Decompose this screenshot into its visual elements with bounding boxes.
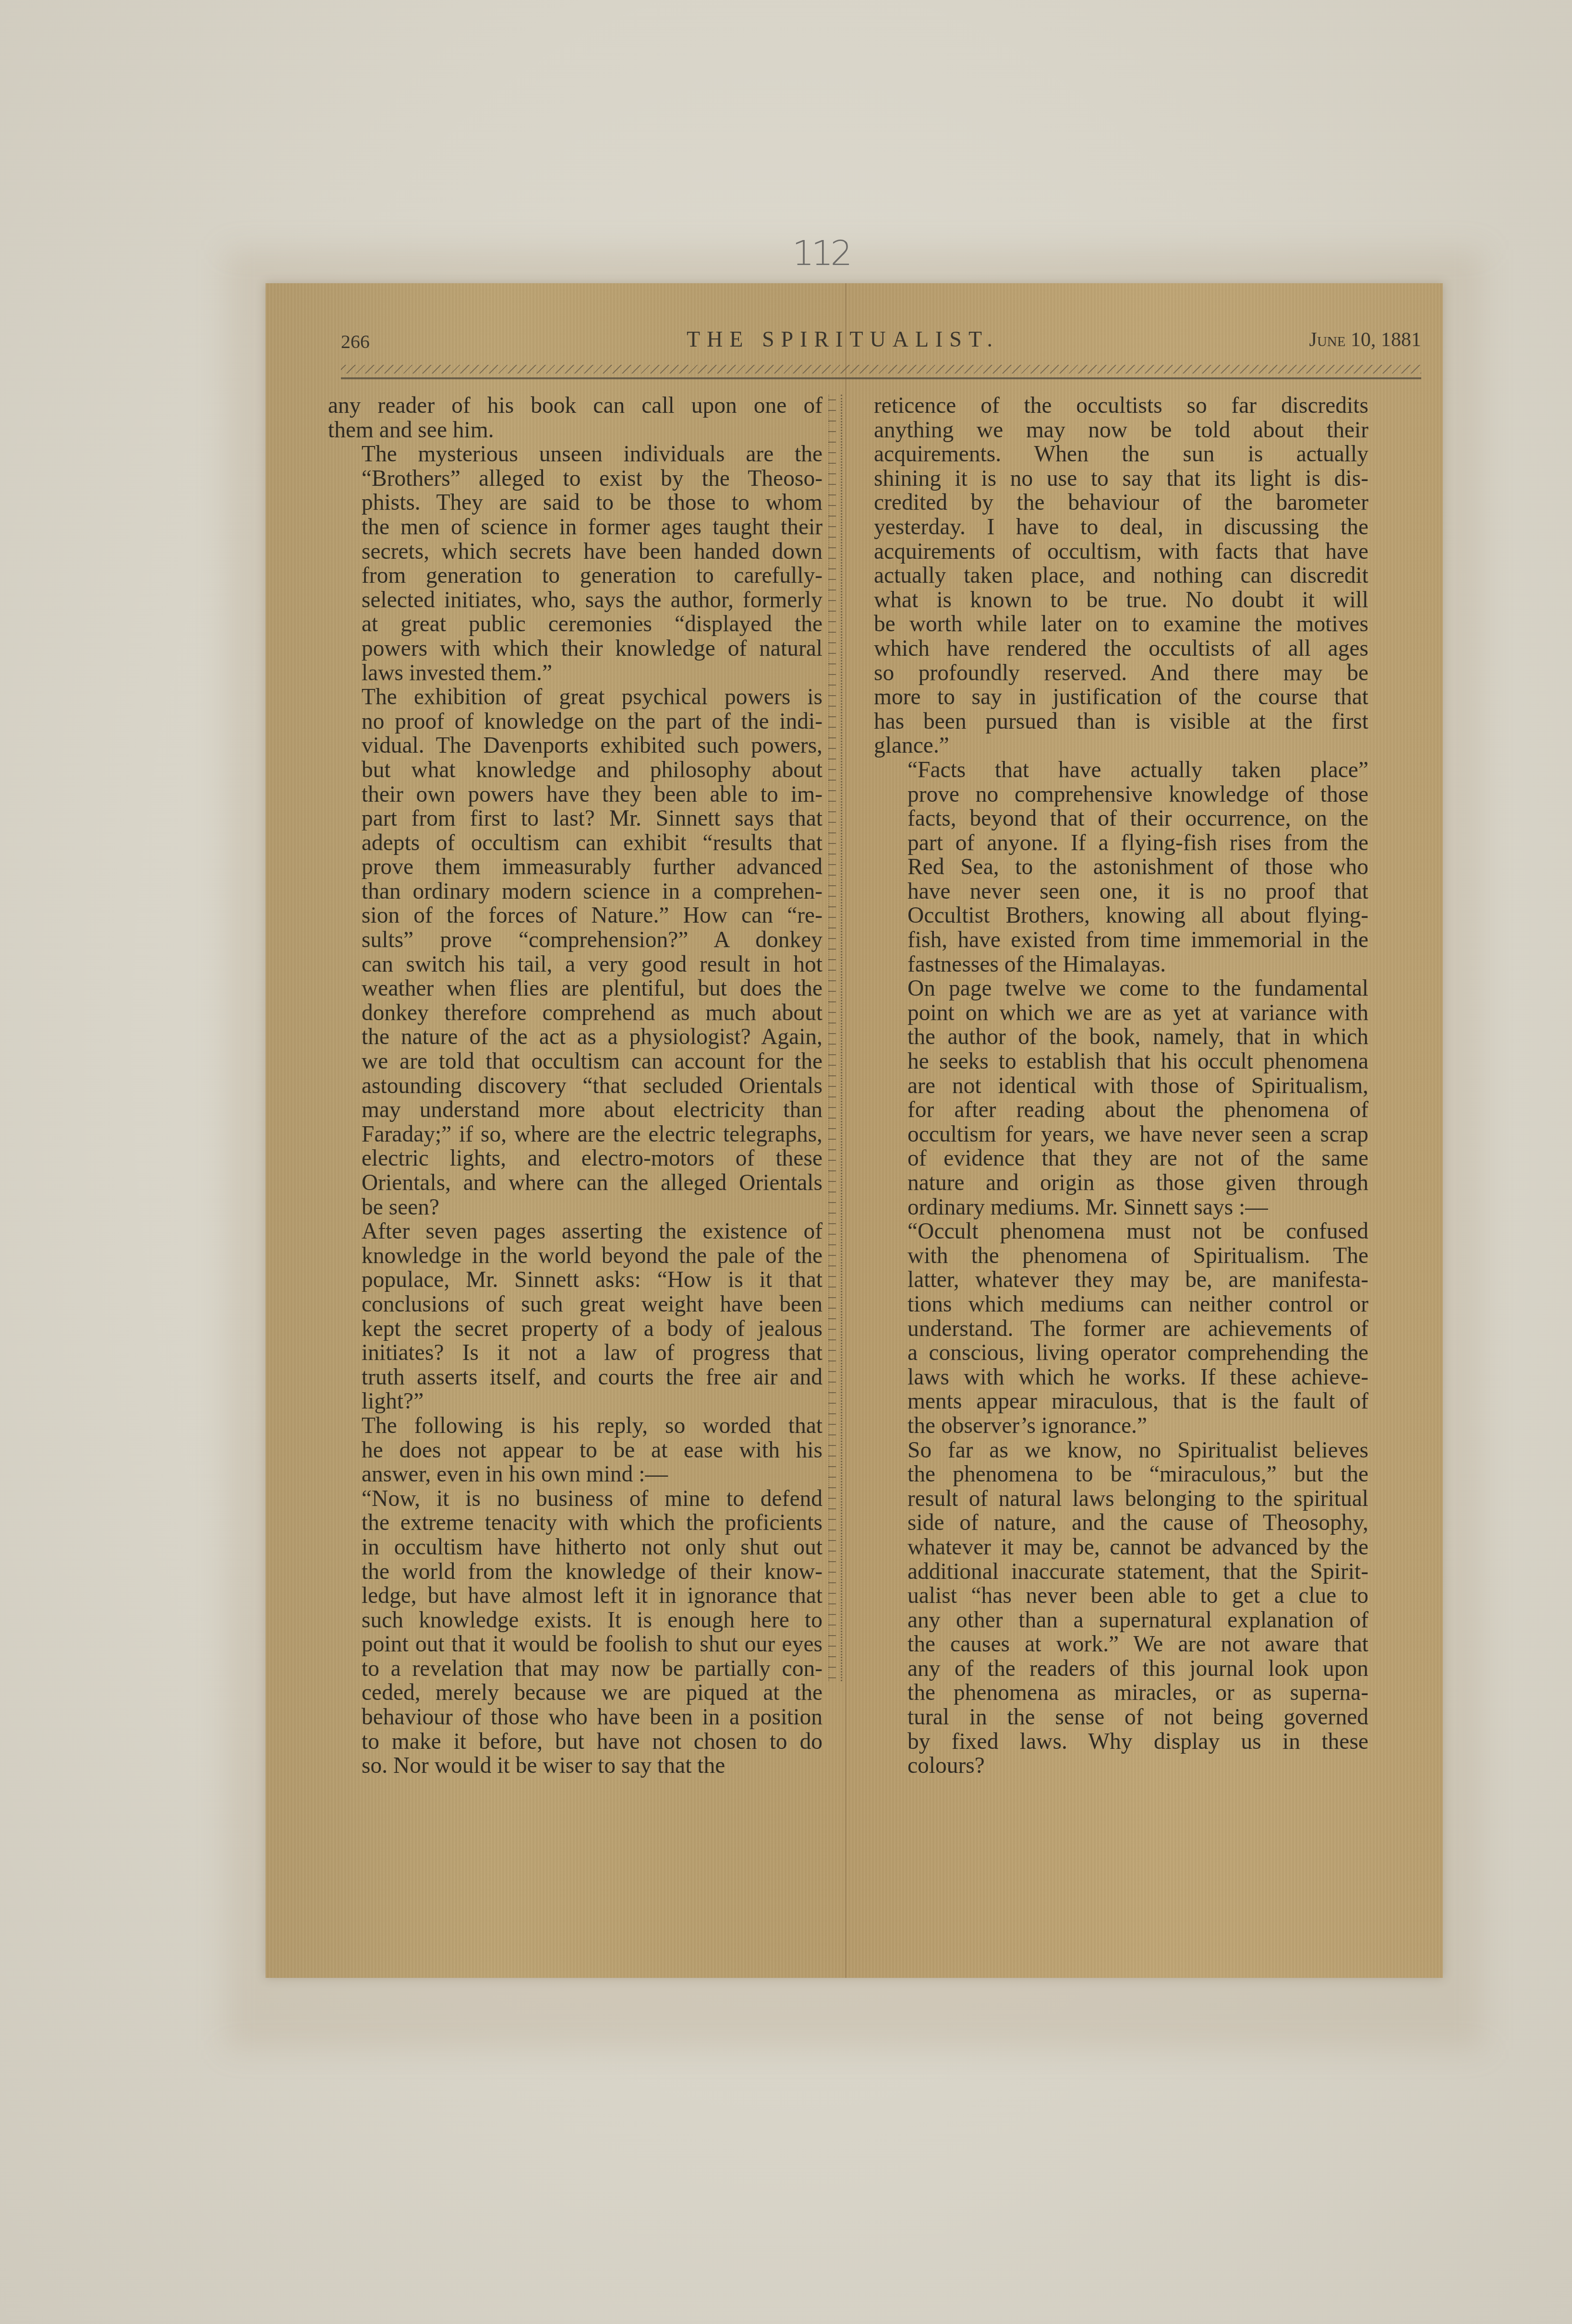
- article-paragraph: So far as we know, no Spiritualist belie…: [874, 1438, 1368, 1778]
- text-line: donkey therefore comprehend as much abou…: [328, 1001, 822, 1025]
- text-line: part from first to last? Mr. Sinnett say…: [328, 807, 822, 831]
- text-line: shining it is no use to say that its lig…: [874, 467, 1368, 491]
- column-divider: [828, 395, 847, 1681]
- text-line: occultism for years, we have never seen …: [874, 1122, 1368, 1147]
- text-line: the phenomena to be “miraculous,” but th…: [874, 1462, 1368, 1487]
- article-paragraph: The mysterious unseen individuals are th…: [328, 442, 822, 685]
- text-line: can switch his tail, a very good result …: [328, 952, 822, 977]
- text-line: of evidence that they are not of the sam…: [874, 1146, 1368, 1171]
- text-line: On page twelve we come to the fundamenta…: [874, 976, 1368, 1001]
- newspaper-clipping: 266 THE SPIRITUALIST. June 10, 1881 any …: [266, 283, 1443, 1978]
- text-line: populace, Mr. Sinnett asks: “How is it t…: [328, 1268, 822, 1292]
- running-header: 266 THE SPIRITUALIST. June 10, 1881: [341, 326, 1421, 355]
- text-line: laws with which he works. If these achie…: [874, 1365, 1368, 1390]
- text-line: actually taken place, and nothing can di…: [874, 564, 1368, 588]
- text-line: the observer’s ignorance.”: [874, 1414, 1368, 1438]
- text-line: “Brothers” alleged to exist by the Theos…: [328, 467, 822, 491]
- text-line: so. Nor would it be wiser to say that th…: [328, 1754, 822, 1778]
- text-line: part of anyone. If a flying-fish rises f…: [874, 831, 1368, 855]
- text-line: “Occult phenomena must not be confused: [874, 1219, 1368, 1244]
- text-line: light?”: [328, 1389, 822, 1414]
- text-line: ualist “has never been able to get a clu…: [874, 1584, 1368, 1608]
- text-line: so profoundly reserved. And there may be: [874, 661, 1368, 686]
- text-line: truth asserts itself, and courts the fre…: [328, 1365, 822, 1390]
- text-line: Red Sea, to the astonishment of those wh…: [874, 855, 1368, 879]
- text-line: the causes at work.” We are not aware th…: [874, 1632, 1368, 1657]
- text-line: their own powers have they been able to …: [328, 783, 822, 807]
- issue-date: June 10, 1881: [1309, 328, 1421, 351]
- text-line: glance.”: [874, 734, 1368, 758]
- text-line: ledge, but have almost left it in ignora…: [328, 1584, 822, 1608]
- text-line: which have rendered the occultists of al…: [874, 637, 1368, 661]
- text-line: Occultist Brothers, knowing all about fl…: [874, 903, 1368, 928]
- article-paragraph: After seven pages asserting the existenc…: [328, 1219, 822, 1414]
- paper-crease: [845, 283, 846, 1978]
- text-line: sion of the forces of Nature.” How can “…: [328, 903, 822, 928]
- text-line: any reader of his book can call upon one…: [328, 394, 822, 418]
- text-line: additional inaccurate statement, that th…: [874, 1560, 1368, 1584]
- article-paragraph: The following is his reply, so worded th…: [328, 1414, 822, 1487]
- text-line: understand. The former are achievements …: [874, 1317, 1368, 1341]
- text-line: such knowledge exists. It is enough here…: [328, 1608, 822, 1633]
- left-column: any reader of his book can call upon one…: [328, 394, 822, 1778]
- text-line: sults” prove “comprehension?” A donkey: [328, 928, 822, 952]
- text-line: colours?: [874, 1754, 1368, 1778]
- text-line: answer, even in his own mind :—: [328, 1462, 822, 1487]
- text-line: behaviour of those who have been in a po…: [328, 1705, 822, 1730]
- text-line: a conscious, living operator comprehendi…: [874, 1341, 1368, 1365]
- text-line: has been pursued than is visible at the …: [874, 710, 1368, 734]
- text-line: the men of science in former ages taught…: [328, 515, 822, 540]
- text-line: the phenomena as miracles, or as superna…: [874, 1681, 1368, 1705]
- pencil-folio-number: 112: [792, 233, 849, 273]
- text-line: yesterday. I have to deal, in discussing…: [874, 515, 1368, 540]
- article-paragraph: The exhibition of great psychical powers…: [328, 685, 822, 1219]
- dotted-rule: [841, 395, 842, 1681]
- text-line: he seeks to establish that his occult ph…: [874, 1049, 1368, 1074]
- text-line: kept the secret property of a body of je…: [328, 1317, 822, 1341]
- text-line: After seven pages asserting the existenc…: [328, 1219, 822, 1244]
- text-line: laws invested them.”: [328, 661, 822, 686]
- text-line: reticence of the occultists so far discr…: [874, 394, 1368, 418]
- text-line: The following is his reply, so worded th…: [328, 1414, 822, 1438]
- text-line: facts, beyond that of their occurrence, …: [874, 807, 1368, 831]
- text-line: conclusions of such great weight have be…: [328, 1292, 822, 1317]
- text-line: them and see him.: [328, 418, 822, 443]
- text-line: what is known to be true. No doubt it wi…: [874, 588, 1368, 613]
- text-line: credited by the behaviour of the baromet…: [874, 491, 1368, 515]
- text-line: from generation to generation to careful…: [328, 564, 822, 588]
- text-line: have never seen one, it is no proof that: [874, 879, 1368, 904]
- article-paragraph: On page twelve we come to the fundamenta…: [874, 976, 1368, 1219]
- text-line: side of nature, and the cause of Theosop…: [874, 1511, 1368, 1535]
- text-line: prove them immeasurably further advanced: [328, 855, 822, 879]
- text-line: no proof of knowledge on the part of the…: [328, 710, 822, 734]
- text-line: Faraday;” if so, where are the electric …: [328, 1122, 822, 1147]
- text-line: we are told that occultism can account f…: [328, 1049, 822, 1074]
- text-line: to a revelation that may now be partiall…: [328, 1657, 822, 1681]
- text-line: the author of the book, namely, that in …: [874, 1025, 1368, 1049]
- text-line: to make it before, but have not chosen t…: [328, 1730, 822, 1754]
- text-line: The exhibition of great psychical powers…: [328, 685, 822, 710]
- text-line: powers with which their knowledge of nat…: [328, 637, 822, 661]
- text-line: by fixed laws. Why display us in these: [874, 1730, 1368, 1754]
- text-line: the world from the knowledge of their kn…: [328, 1560, 822, 1584]
- text-line: be worth while later on to examine the m…: [874, 612, 1368, 637]
- text-line: than ordinary modern science in a compre…: [328, 879, 822, 904]
- text-line: the extreme tenacity with which the prof…: [328, 1511, 822, 1535]
- text-line: astounding discovery “that secluded Orie…: [328, 1074, 822, 1098]
- text-line: fish, have existed from time immemorial …: [874, 928, 1368, 952]
- article-paragraph: any reader of his book can call upon one…: [328, 394, 822, 442]
- text-line: with the phenomena of Spiritualism. The: [874, 1244, 1368, 1268]
- text-line: he does not appear to be at ease with hi…: [328, 1438, 822, 1463]
- text-line: be seen?: [328, 1195, 822, 1220]
- text-line: whatever it may be, cannot be advanced b…: [874, 1535, 1368, 1560]
- text-line: weather when flies are plentiful, but do…: [328, 976, 822, 1001]
- text-line: tural in the sense of not being governed: [874, 1705, 1368, 1730]
- text-line: anything we may now be told about their: [874, 418, 1368, 443]
- header-rule: [341, 377, 1421, 379]
- text-line: phists. They are said to be those to who…: [328, 491, 822, 515]
- text-line: more to say in justification of the cour…: [874, 685, 1368, 710]
- article-paragraph: “Occult phenomena must not be confusedwi…: [874, 1219, 1368, 1438]
- article-paragraph: reticence of the occultists so far discr…: [874, 394, 1368, 758]
- text-line: tions which mediums can neither control …: [874, 1292, 1368, 1317]
- text-line: fastnesses of the Himalayas.: [874, 952, 1368, 977]
- text-line: the nature of the act as a physiologist?…: [328, 1025, 822, 1049]
- article-paragraph: “Facts that have actually taken place”pr…: [874, 758, 1368, 976]
- text-line: any other than a supernatural explanatio…: [874, 1608, 1368, 1633]
- right-column: reticence of the occultists so far discr…: [874, 394, 1368, 1778]
- text-line: point out that it would be foolish to sh…: [328, 1632, 822, 1657]
- text-line: So far as we know, no Spiritualist belie…: [874, 1438, 1368, 1463]
- text-line: The mysterious unseen individuals are th…: [328, 442, 822, 467]
- wavy-rule: [828, 395, 836, 1681]
- text-line: are not identical with those of Spiritua…: [874, 1074, 1368, 1098]
- text-line: in occultism have hitherto not only shut…: [328, 1535, 822, 1560]
- text-line: prove no comprehensive knowledge of thos…: [874, 783, 1368, 807]
- text-line: acquirements. When the sun is actually: [874, 442, 1368, 467]
- text-line: result of natural laws belonging to the …: [874, 1487, 1368, 1511]
- text-line: knowledge in the world beyond the pale o…: [328, 1244, 822, 1268]
- text-line: “Facts that have actually taken place”: [874, 758, 1368, 783]
- text-line: may understand more about electricity th…: [328, 1098, 822, 1122]
- text-line: nature and origin as those given through: [874, 1171, 1368, 1195]
- text-line: ments appear miraculous, that is the fau…: [874, 1389, 1368, 1414]
- text-line: initiates? Is it not a law of progress t…: [328, 1341, 822, 1365]
- text-line: electric lights, and electro-motors of t…: [328, 1146, 822, 1171]
- ornamental-wave-rule: [341, 365, 1421, 373]
- text-line: latter, whatever they may be, are manife…: [874, 1268, 1368, 1292]
- text-line: selected initiates, who, says the author…: [328, 588, 822, 613]
- text-line: ceded, merely because we are piqued at t…: [328, 1681, 822, 1705]
- text-line: acquirements of occultism, with facts th…: [874, 540, 1368, 564]
- text-line: ordinary mediums. Mr. Sinnett says :—: [874, 1195, 1368, 1220]
- text-line: point on which we are as yet at variance…: [874, 1001, 1368, 1025]
- text-line: at great public ceremonies “displayed th…: [328, 612, 822, 637]
- text-line: adepts of occultism can exhibit “results…: [328, 831, 822, 855]
- text-line: any of the readers of this journal look …: [874, 1657, 1368, 1681]
- text-line: “Now, it is no business of mine to defen…: [328, 1487, 822, 1511]
- text-line: secrets, which secrets have been handed …: [328, 540, 822, 564]
- text-line: Orientals, and where can the alleged Ori…: [328, 1171, 822, 1195]
- article-paragraph: “Now, it is no business of mine to defen…: [328, 1487, 822, 1778]
- page-number: 266: [341, 330, 370, 353]
- text-line: for after reading about the phenomena of: [874, 1098, 1368, 1122]
- text-line: vidual. The Davenports exhibited such po…: [328, 734, 822, 758]
- masthead-title: THE SPIRITUALIST.: [687, 326, 999, 352]
- text-line: but what knowledge and philosophy about: [328, 758, 822, 783]
